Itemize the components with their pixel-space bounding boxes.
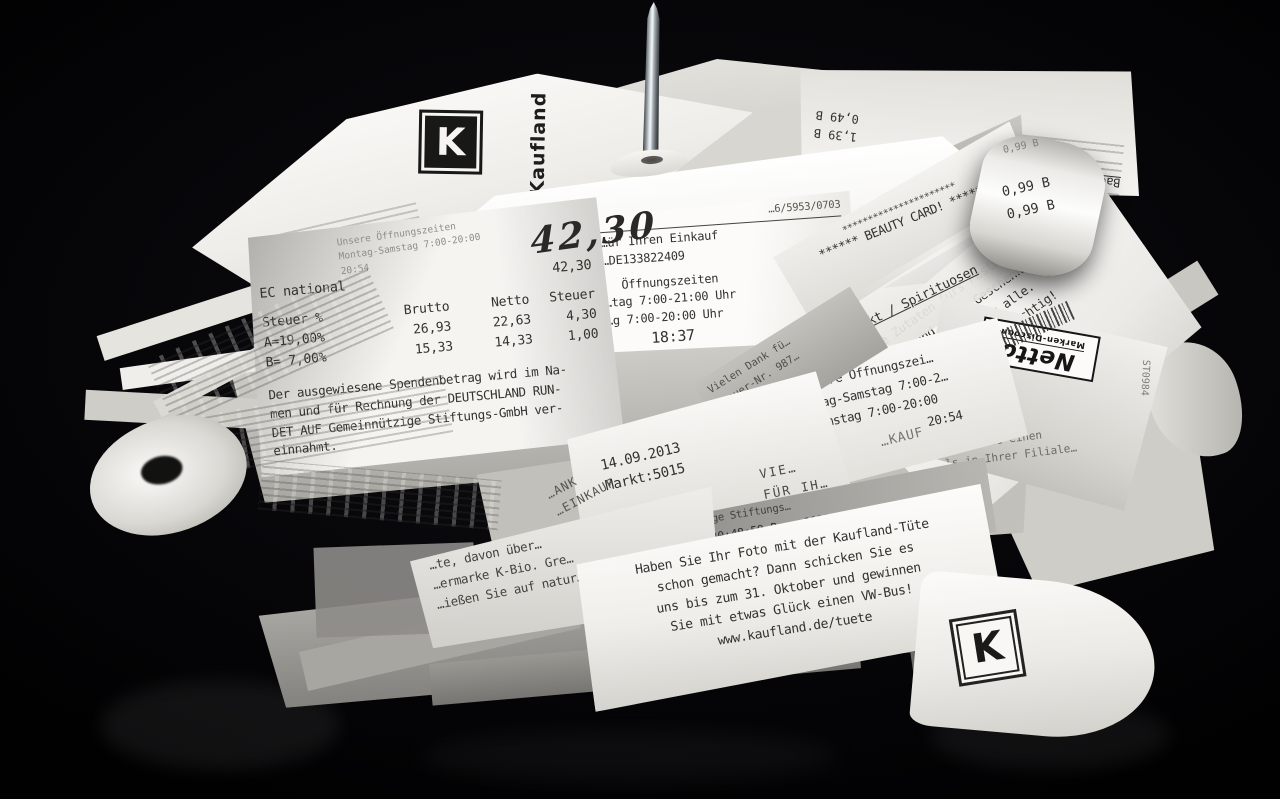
tax-cell: 1,00 <box>532 325 600 351</box>
kaufland-brand-text: Kaufland <box>527 92 551 196</box>
bakery-price: 1,39 B <box>813 126 858 144</box>
kaufland-k-outline-icon: K <box>949 609 1027 687</box>
receipt-stack-photo: K Kaufland Backwaren / Süße / Salzgebäck… <box>0 0 1280 799</box>
printed-total: 42,30 <box>552 257 592 276</box>
roll-price-faint: 0,99 B <box>1002 138 1040 156</box>
kaufland-k-icon: K <box>424 116 477 169</box>
surface-reflection <box>420 730 840 782</box>
bakery-price: 0,49 B <box>815 108 860 126</box>
netto-side-code: ST0984 <box>1138 359 1151 396</box>
kaufland-logo: K Kaufland <box>424 116 591 171</box>
curl-shadow-hole <box>139 452 186 488</box>
